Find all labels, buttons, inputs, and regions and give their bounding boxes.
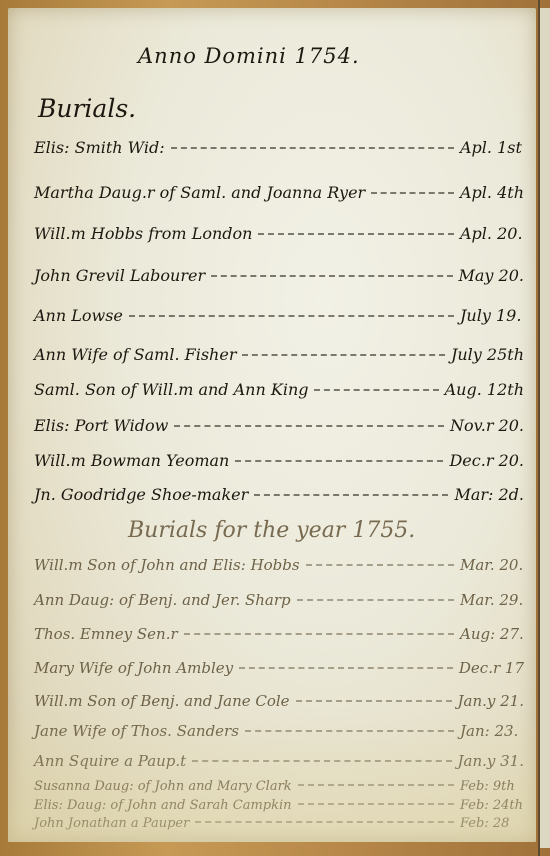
section-heading-1754: Burials. <box>38 94 136 123</box>
burial-entry: Will.m Son of Benj. and Jane ColeJan.y 2… <box>34 692 524 710</box>
burial-entry: Jn. Goodridge Shoe-makerMar: 2d. <box>34 485 524 504</box>
adjacent-page-edge <box>540 8 550 848</box>
burial-entry: Susanna Daug: of John and Mary ClarkFeb:… <box>34 779 524 794</box>
section-heading-1755: Burials for the year 1755. <box>128 518 415 543</box>
burial-entry: Mary Wife of John AmbleyDec.r 17 <box>34 659 524 677</box>
burial-entry: Will.m Bowman YeomanDec.r 20. <box>34 451 524 470</box>
burial-entry: John Grevil LabourerMay 20. <box>34 266 524 285</box>
burial-entry: Ann LowseJuly 19. <box>34 306 524 325</box>
burial-entry: Elis: Daug: of John and Sarah CampkinFeb… <box>34 798 524 813</box>
burial-entry: Thos. Emney Sen.rAug: 27. <box>34 625 524 643</box>
burial-entry: Ann Wife of Saml. FisherJuly 25th <box>34 345 524 364</box>
burial-entry: Ann Squire a Paup.tJan.y 31. <box>34 752 524 770</box>
burial-entry: Jane Wife of Thos. SandersJan: 23. <box>34 722 524 740</box>
burial-entry: Will.m Son of John and Elis: HobbsMar. 2… <box>34 556 524 574</box>
burial-entry: John Jonathan a PauperFeb: 28 <box>34 816 524 831</box>
burial-entry: Ann Daug: of Benj. and Jer. SharpMar. 29… <box>34 591 524 609</box>
burial-entry: Saml. Son of Will.m and Ann KingAug. 12t… <box>34 380 524 399</box>
burial-entry: Elis: Port WidowNov.r 20. <box>34 416 524 435</box>
burial-entry: Will.m Hobbs from LondonApl. 20. <box>34 224 524 243</box>
register-page: Anno Domini 1754. Burials. Elis: Smith W… <box>8 8 536 842</box>
page-title: Anno Domini 1754. <box>138 44 360 68</box>
burial-entry: Elis: Smith Wid:Apl. 1st <box>34 138 524 157</box>
burial-entry: Martha Daug.r of Saml. and Joanna RyerAp… <box>34 183 524 202</box>
